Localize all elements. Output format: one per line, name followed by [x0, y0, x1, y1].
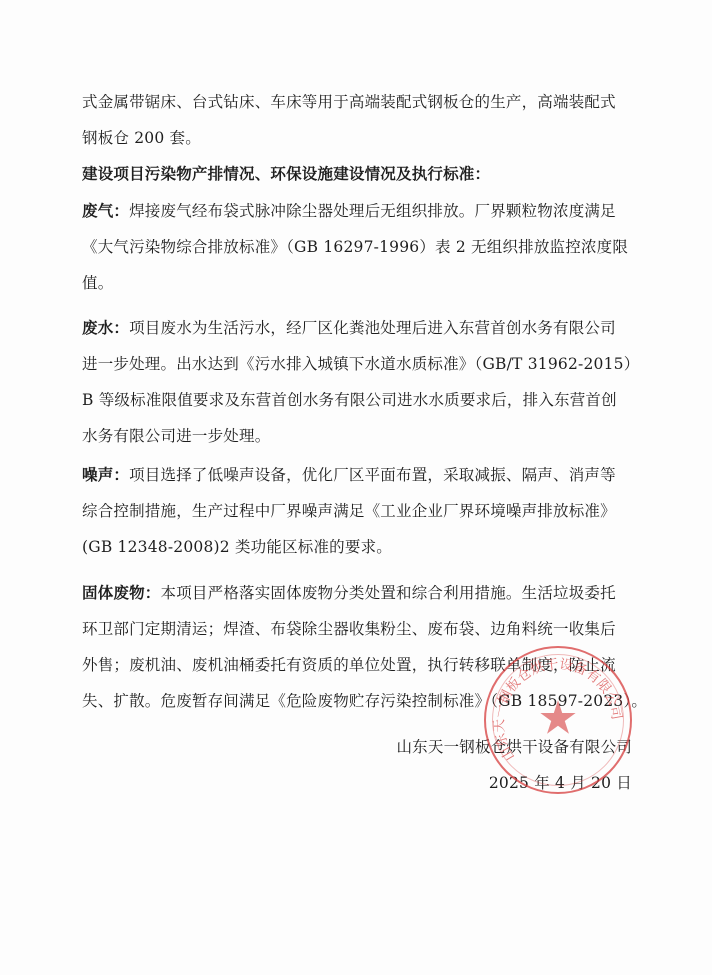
noise-paragraph: 噪声：项目选择了低噪声设备，优化厂区平面布置，采取减振、隔声、消声等 [82, 465, 634, 485]
signature-date: 2025 年 4 月 20 日 [489, 773, 632, 793]
section-heading: 建设项目污染物产排情况、环保设施建设情况及执行标准： [82, 164, 634, 184]
body-text: 项目选择了低噪声设备，优化厂区平面布置，采取减振、隔声、消声等 [129, 466, 616, 484]
body-line: 进一步处理。出水达到《污水排入城镇下水道水质标准》（GB/T 31962-201… [82, 354, 634, 374]
body-line: B 等级标准限值要求及东营首创水务有限公司进水水质要求后，排入东营首创 [82, 390, 634, 410]
solid-waste-label: 固体废物： [82, 583, 161, 602]
body-text: 项目废水为生活污水，经厂区化粪池处理后进入东营首创水务有限公司 [129, 319, 616, 337]
body-line: 综合控制措施，生产过程中厂界噪声满足《工业企业厂界环境噪声排放标准》 [82, 501, 634, 521]
body-line: (GB 12348-2008)2 类功能区标准的要求。 [82, 537, 634, 557]
noise-label: 噪声： [82, 465, 129, 484]
waste-gas-paragraph: 废气：焊接废气经布袋式脉冲除尘器处理后无组织排放。厂界颗粒物浓度满足 [82, 201, 634, 221]
body-line: 失、扩散。危废暂存间满足《危险废物贮存污染控制标准》（GB 18597-2023… [82, 691, 634, 711]
body-text: 本项目严格落实固体废物分类处置和综合利用措施。生活垃圾委托 [161, 584, 616, 602]
solid-waste-paragraph: 固体废物：本项目严格落实固体废物分类处置和综合利用措施。生活垃圾委托 [82, 583, 634, 603]
body-line: 式金属带锯床、台式钻床、车床等用于高端装配式钢板仓的生产，高端装配式 [82, 92, 634, 112]
body-text: 焊接废气经布袋式脉冲除尘器处理后无组织排放。厂界颗粒物浓度满足 [129, 202, 616, 220]
body-line: 《大气污染物综合排放标准》（GB 16297-1996）表 2 无组织排放监控浓… [82, 237, 634, 257]
body-line: 水务有限公司进一步处理。 [82, 426, 634, 446]
body-line: 环卫部门定期清运；焊渣、布袋除尘器收集粉尘、废布袋、边角料统一收集后 [82, 619, 634, 639]
waste-gas-label: 废气： [82, 201, 129, 220]
body-line: 外售；废机油、废机油桶委托有资质的单位处置，执行转移联单制度，防止流 [82, 655, 634, 675]
document-page: 式金属带锯床、台式钻床、车床等用于高端装配式钢板仓的生产，高端装配式 钢板仓 2… [0, 0, 712, 975]
waste-water-paragraph: 废水：项目废水为生活污水，经厂区化粪池处理后进入东营首创水务有限公司 [82, 318, 634, 338]
body-line: 钢板仓 200 套。 [82, 128, 634, 148]
body-line: 值。 [82, 273, 634, 293]
waste-water-label: 废水： [82, 318, 129, 337]
company-signature: 山东天一钢板仓烘干设备有限公司 [396, 737, 632, 757]
